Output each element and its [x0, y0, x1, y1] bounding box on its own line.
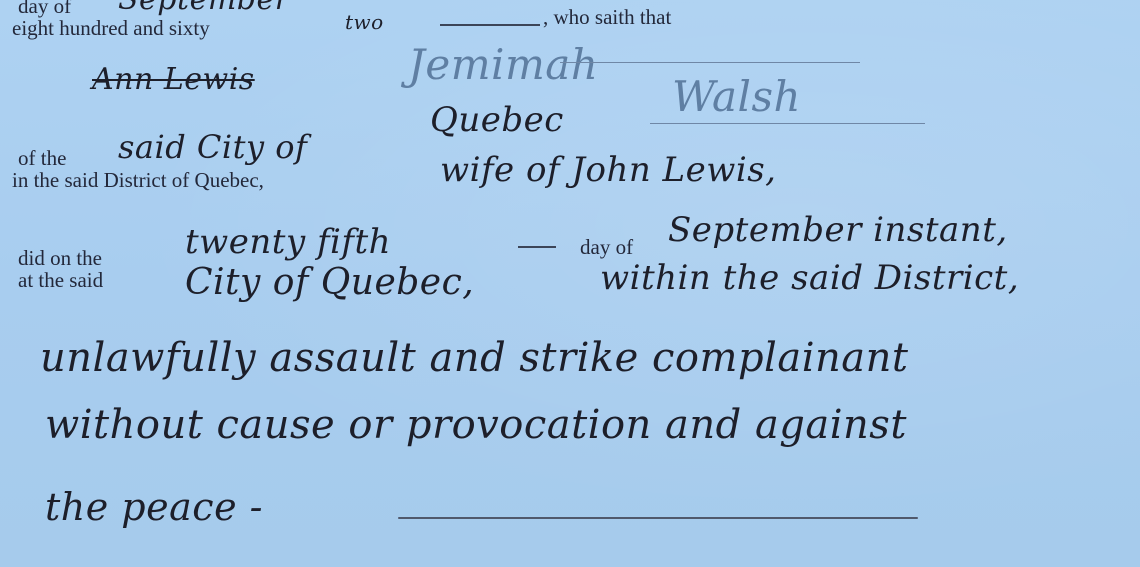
- handwritten-day-number: twenty fifth: [185, 222, 391, 262]
- printed-eight-hundred-sixty: eight hundred and sixty: [12, 18, 210, 39]
- handwritten-city-of-quebec: City of Quebec,: [185, 262, 474, 303]
- day-dash: [518, 246, 556, 248]
- handwritten-complainant-first-name: Jemimah: [408, 40, 598, 89]
- handwritten-charge-line-2: without cause or provocation and against: [45, 402, 907, 448]
- handwritten-struck-name: Ann Lewis: [92, 62, 255, 97]
- handwritten-said-city-of: said City of: [118, 128, 307, 166]
- handwritten-charge-line-3: the peace -: [45, 485, 263, 529]
- handwritten-month-day: September instant,: [668, 210, 1008, 250]
- handwritten-year-word: two: [345, 10, 384, 34]
- printed-day-of-2: day of: [580, 237, 633, 258]
- handwritten-month-top: September: [118, 0, 290, 17]
- closing-line: [398, 517, 918, 519]
- printed-who-saith-that: , who saith that: [543, 7, 671, 28]
- handwritten-within-district: within the said District,: [600, 258, 1019, 298]
- handwritten-city-name: Quebec: [430, 100, 564, 140]
- document-page: day of September eight hundred and sixty…: [0, 0, 1140, 567]
- printed-of-the: of the: [18, 148, 66, 169]
- handwritten-charge-line-1: unlawfully assault and strike complainan…: [40, 335, 908, 381]
- printed-in-said-district: in the said District of Quebec,: [12, 170, 264, 191]
- surname-underline: [650, 123, 925, 124]
- printed-day-of: day of: [18, 0, 71, 17]
- name-underline: [560, 62, 860, 63]
- year-dash-line: [440, 24, 540, 26]
- handwritten-complainant-last-name: Walsh: [672, 72, 801, 121]
- handwritten-wife-of: wife of John Lewis,: [440, 150, 776, 190]
- printed-at-the-said: at the said: [18, 270, 103, 291]
- printed-did-on-the: did on the: [18, 248, 102, 269]
